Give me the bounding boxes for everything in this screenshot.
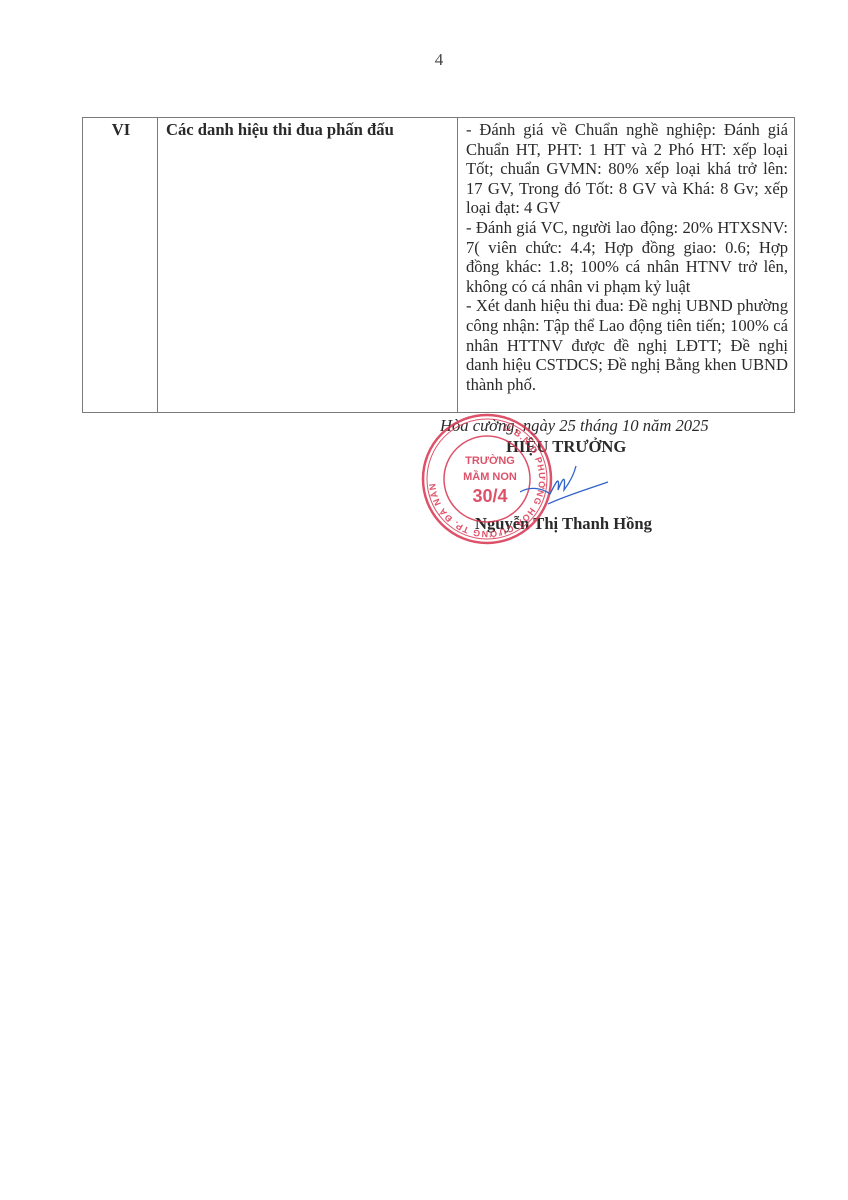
- table-row: VI Các danh hiệu thi đua phấn đấu - Đánh…: [83, 118, 795, 413]
- row-number: VI: [83, 118, 158, 413]
- stamp-line-3: 30/4: [472, 486, 507, 506]
- row-content: - Đánh giá về Chuẩn nghề nghiệp: Đánh gi…: [458, 118, 795, 413]
- row-title: Các danh hiệu thi đua phấn đấu: [158, 118, 458, 413]
- content-paragraph-staff-evaluation: - Đánh giá VC, người lao động: 20% HTXSN…: [466, 218, 788, 296]
- stamp-line-1: TRƯỜNG: [465, 454, 515, 467]
- content-paragraph-professional-standards: - Đánh giá về Chuẩn nghề nghiệp: Đánh gi…: [466, 120, 788, 218]
- handwritten-signature-icon: [520, 460, 610, 510]
- page-number: 4: [0, 50, 848, 70]
- criteria-table: VI Các danh hiệu thi đua phấn đấu - Đánh…: [82, 117, 795, 413]
- stamp-line-2: MẦM NON: [463, 470, 517, 483]
- content-paragraph-emulation-titles: - Xét danh hiệu thi đua: Đề nghị UBND ph…: [466, 296, 788, 394]
